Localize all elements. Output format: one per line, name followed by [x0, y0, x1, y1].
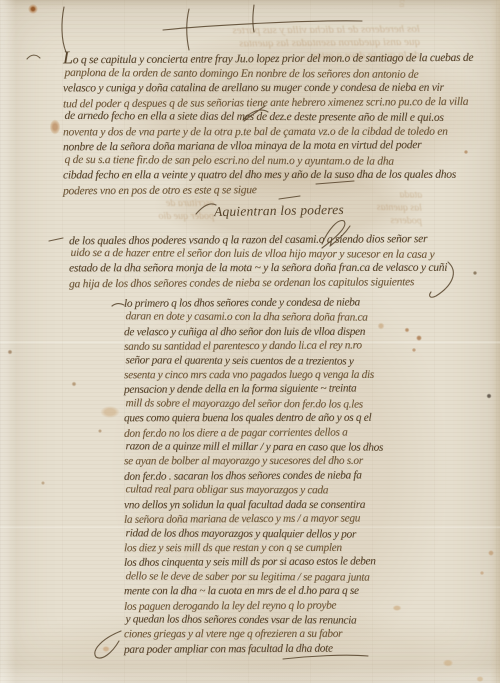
manuscript-line: la señora doña mariana de velasco y ms /… [124, 511, 394, 527]
bleedthrough-line: los herederos de la dicha villa y sus pa… [170, 23, 420, 38]
manuscript-line: daran en dote y casami.o con la dha seño… [125, 310, 395, 326]
manuscript-line: los dhos cinquenta y seis mill ds por si… [124, 554, 394, 570]
manuscript-line: estado de la dha señora monja de la mota… [69, 261, 495, 276]
powers-paragraph: de los quales dhos poderes vsando q la r… [69, 233, 495, 290]
manuscript-line: de velasco y cuñiga al dho señor don lui… [124, 325, 394, 340]
manuscript-line: ques como quiera buena los quales dentro… [124, 411, 394, 426]
manuscript-line: razon de a quinze mill el millar / y par… [125, 439, 395, 455]
bleedthrough-line: rubrica [393, 0, 410, 21]
invocation-cross-vertical [253, 5, 254, 32]
manuscript-line: dello se le deve de saber por su legitim… [125, 569, 395, 585]
opening-protocol-paragraph: Lo q se capitula y concierta entre fray … [63, 49, 495, 197]
manuscript-line: mill ds sobre el mayorazgo del señor don… [125, 396, 395, 412]
manuscript-line: ciones griegas y al vtere nge q ofrezier… [124, 627, 394, 642]
manuscript-line: cibdad fecho en ella a veinte y quatro d… [63, 168, 495, 183]
bleedthrough-text: rubrica [393, 0, 410, 21]
manuscript-line: don fer.do no los diere a de pagar corri… [124, 425, 394, 441]
manuscript-line: pensacion y dende della en la forma sigu… [124, 382, 394, 398]
manuscript-page: los herederos de la dicha villa y sus pa… [0, 0, 500, 683]
manuscript-line: Lo q se capitula y concierta entre fray … [63, 48, 495, 68]
margin-tilde-mark [27, 55, 40, 59]
bleedthrough-text: escritura de poder que dio [122, 197, 214, 223]
manuscript-line: los diez y seis mill ds que restan y con… [124, 541, 394, 556]
manuscript-line: q de su s.a tiene fir.do de san pelo esc… [64, 152, 496, 169]
manuscript-line: poderes vno en pos de otro es este q se … [63, 181, 495, 198]
manuscript-line: vno dellos yn solidun la qual facultad d… [124, 497, 394, 512]
bleedthrough-line: poderes [338, 213, 422, 227]
manuscript-line: sando su santidad el parentesco y dando … [124, 338, 394, 354]
manuscript-line: velasco y cuniga y doña catalina de arel… [63, 81, 495, 96]
manuscript-line: ga hija de los dhos señores condes de ni… [69, 274, 495, 291]
manuscript-line: se ayan de bolber al mayorazgo y sucesor… [124, 454, 394, 469]
bleedthrough-line: poder que dio [122, 210, 214, 223]
manuscript-line: señor para el quarenta y seis cuentos de… [125, 353, 395, 369]
invocation-cross-horizontal [163, 21, 362, 30]
dowry-capitulation-paragraph: lo primero q los dhos señores conde y co… [124, 296, 394, 656]
manuscript-line: para poder ampliar con mas facultad la d… [124, 641, 394, 657]
left-swash-flourish [95, 631, 121, 658]
manuscript-line: ridad de los dhos mayorazgos y qualquier… [125, 526, 395, 542]
manuscript-line: los paguen derogando la ley del reyno q … [124, 598, 394, 614]
manuscript-line: panplona de la orden de santo domingo En… [64, 65, 496, 82]
manuscript-line: y quedan los dhos señores condes vsar de… [125, 612, 395, 628]
section-heading: Aquientran los poderes [214, 202, 344, 220]
bleedthrough-line: las quentas [338, 200, 422, 214]
manuscript-line: cultad real para obligar sus mayorazgos … [125, 483, 395, 499]
manuscript-line: mente con la dha ~ la cuota en mrs de el… [124, 584, 394, 599]
margin-tick [112, 304, 124, 306]
manuscript-line: de arnedo fecho en ella a siete dias del… [64, 109, 496, 126]
tall-ascender-stroke [187, 9, 189, 50]
tall-ascender-stroke [62, 7, 66, 52]
bleedthrough-line: escritura de [122, 197, 214, 210]
margin-tick [49, 238, 63, 241]
